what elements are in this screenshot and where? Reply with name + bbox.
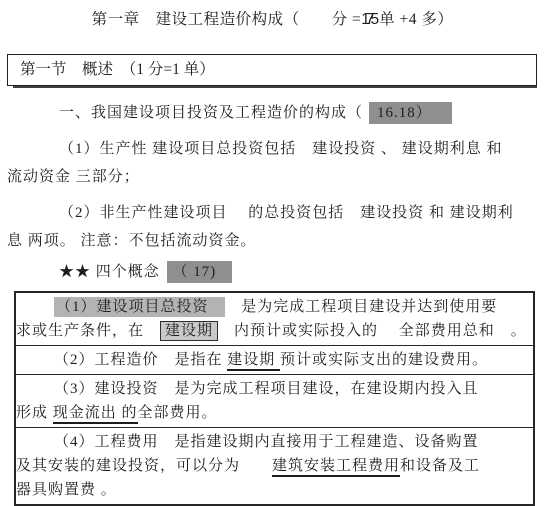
section-header-label: 第一节 概述 （1 分=1 单）: [20, 61, 215, 78]
concepts-line: ★★ 四个概念 （ 17): [7, 259, 537, 285]
concept-table: （1）建设项目总投资 是为完成工程项目建设并达到使用要 求或生产条件，在 建设期…: [14, 291, 535, 506]
score-highlight: 16.18）: [369, 102, 452, 124]
intro-text: 一、我国建设项目投资及工程造价的构成（: [59, 105, 363, 121]
intro-line: 一、我国建设项目投资及工程造价的构成（16.18）: [7, 99, 537, 127]
concepts-count-highlight: （ 17): [167, 261, 233, 283]
table-row-project-fee: （4）工程费用 是指建设期内直接用于工程建造、设备购置 及其安装的建设投资，可以…: [16, 427, 533, 504]
row-text: 内预计或实际投入的 全部费用总和 。: [218, 323, 527, 339]
row-text: 全部费用。: [138, 405, 218, 421]
table-row-total-investment: （1）建设项目总投资 是为完成工程项目建设并达到使用要 求或生产条件，在 建设期…: [16, 293, 533, 345]
chapter-title-suffix: 单 +4 多）: [379, 11, 453, 28]
row-text: （2）工程造价 是指在: [54, 352, 227, 368]
concepts-label: 四个概念: [91, 264, 160, 280]
boxed-term: 建设期: [160, 321, 218, 341]
document-page: 第一章 建设工程造价构成（ 分 =175单 +4 多） 第一节 概述 （1 分=…: [0, 0, 545, 506]
underlined-term: 现金流出 的: [53, 405, 138, 424]
star-icon: ★★: [59, 264, 91, 280]
underlined-term: 建筑安装工程费用: [272, 458, 400, 477]
paragraph-nonproductive: （2）非生产性建设项目 的总投资包括 建设投资 和 建设期利 息 两项。 注意：…: [7, 199, 537, 255]
chapter-title-prefix: 第一章 建设工程造价构成（ 分 =: [92, 11, 362, 28]
paragraph-productive: （1）生产性 建设项目总投资包括 建设投资 、 建设期利息 和 流动资金 三部分…: [7, 135, 537, 191]
chapter-title: 第一章 建设工程造价构成（ 分 =175单 +4 多）: [0, 0, 545, 30]
chapter-title-overlap-number: 175: [361, 11, 375, 28]
table-row-construction-investment: （3）建设投资 是为完成工程项目建设，在建设期内投入且 形成 现金流出 的全部费…: [16, 374, 533, 427]
term-highlight: （1）建设项目总投资: [54, 297, 225, 317]
section-header-box: 第一节 概述 （1 分=1 单）: [7, 54, 537, 86]
underlined-term: 建设期: [227, 352, 280, 371]
table-row-project-cost: （2）工程造价 是指在 建设期 预计或实际支出的建设费用。: [16, 345, 533, 374]
row-text: 预计或实际支出的建设费用。: [280, 352, 488, 368]
